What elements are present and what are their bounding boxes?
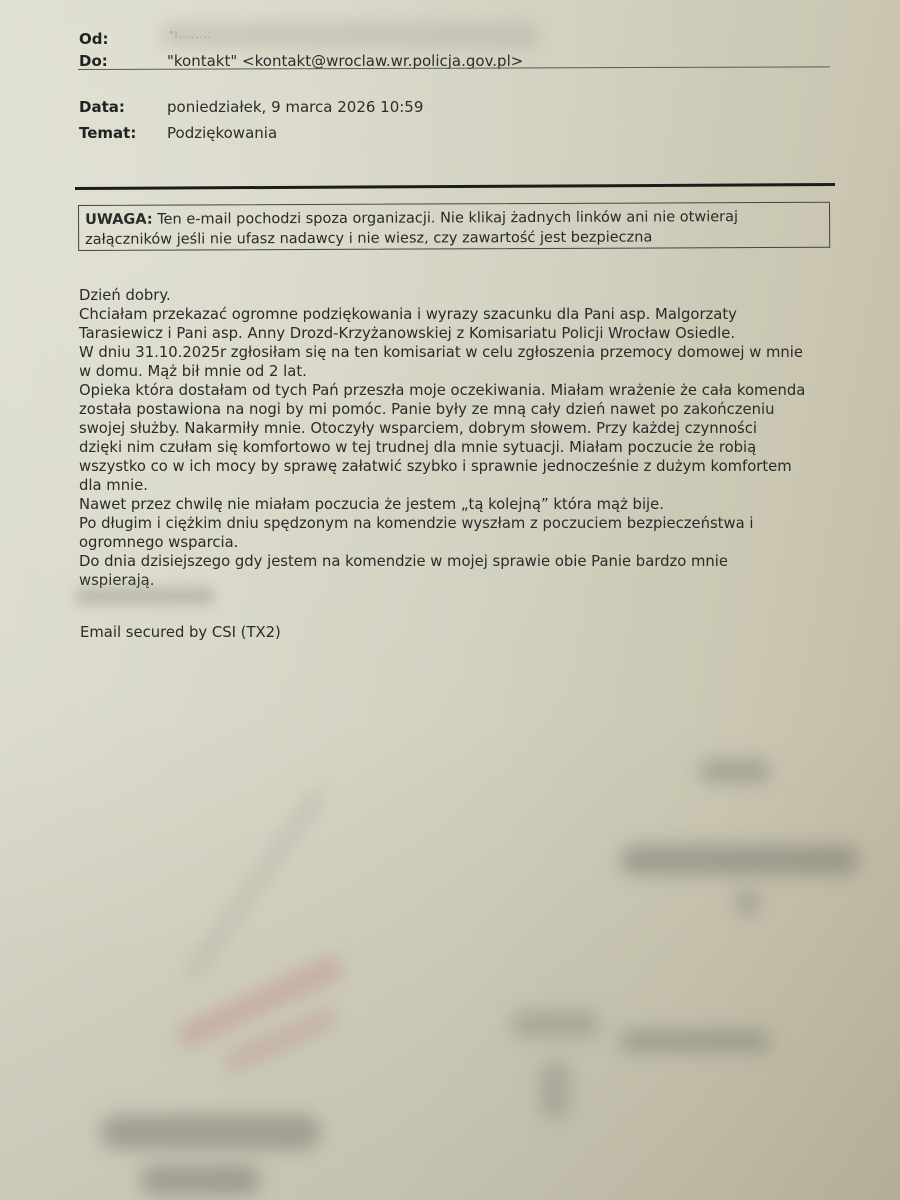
body-line: została postawiona na nogi by mi pomóc. …	[79, 400, 859, 419]
body-line: Opieka która dostałam od tych Pań przesz…	[79, 381, 859, 400]
body-line: Do dnia dzisiejszego gdy jestem na komen…	[79, 552, 859, 571]
redacted-signature	[75, 587, 215, 605]
email-body: Dzień dobry.Chciałam przekazać ogromne p…	[79, 286, 859, 590]
body-line: Nawet przez chwilę nie miałam poczucia ż…	[79, 495, 859, 514]
body-line: swojej służby. Nakarmiły mnie. Otoczyły …	[79, 419, 859, 438]
body-line: wszystko co w ich mocy by sprawę załatwi…	[79, 457, 859, 476]
from-label: Od:	[79, 30, 167, 48]
date-label: Data:	[79, 98, 167, 116]
blurred-signature-line	[185, 788, 325, 982]
from-value: "i........	[169, 30, 212, 41]
blurred-stamp-mark	[620, 845, 860, 875]
body-line: dzięki nim czułam się komfortowo w tej t…	[79, 438, 859, 457]
blurred-name-text	[100, 1115, 320, 1149]
header-bottom-rule	[75, 183, 835, 190]
body-line: Po długim i ciężkim dniu spędzonym na ko…	[79, 514, 859, 533]
blurred-name-text	[140, 1165, 260, 1195]
security-footer: Email secured by CSI (TX2)	[80, 624, 281, 641]
body-line: dla mnie.	[79, 476, 859, 495]
subject-label: Temat:	[79, 124, 167, 142]
blurred-stamp-mark	[510, 1010, 600, 1038]
blurred-stamp-mark	[540, 1060, 570, 1120]
date-value: poniedziałek, 9 marca 2026 10:59	[167, 98, 423, 116]
redacted-sender	[160, 22, 540, 48]
warning-prefix: UWAGA:	[85, 212, 153, 228]
body-line: Tarasiewicz i Pani asp. Anny Drozd-Krzyż…	[79, 324, 859, 343]
body-line: W dniu 31.10.2025r zgłosiłam się na ten …	[79, 343, 859, 362]
body-line: Dzień dobry.	[79, 286, 859, 305]
blurred-stamp-mark	[700, 760, 770, 782]
body-line: w domu. Mąż bił mnie od 2 lat.	[79, 362, 859, 381]
header-date: Data: poniedziałek, 9 marca 2026 10:59	[79, 98, 423, 116]
body-line: Chciałam przekazać ogromne podziękowania…	[79, 305, 859, 324]
warning-text-1: Ten e-mail pochodzi spoza organizacji. N…	[153, 209, 738, 228]
header-from: Od:	[79, 30, 167, 48]
subject-value: Podziękowania	[167, 124, 277, 142]
header-subject: Temat: Podziękowania	[79, 124, 277, 142]
warning-line-1: UWAGA: Ten e-mail pochodzi spoza organiz…	[85, 207, 823, 230]
to-label: Do:	[79, 52, 167, 70]
blurred-stamp-mark	[620, 1030, 770, 1052]
blurred-stamp-mark	[735, 890, 760, 915]
body-line: ogromnego wsparcia.	[79, 533, 859, 552]
warning-line-2: załączników jeśli nie ufasz nadawcy i ni…	[85, 227, 823, 250]
external-email-warning: UWAGA: Ten e-mail pochodzi spoza organiz…	[78, 202, 830, 251]
